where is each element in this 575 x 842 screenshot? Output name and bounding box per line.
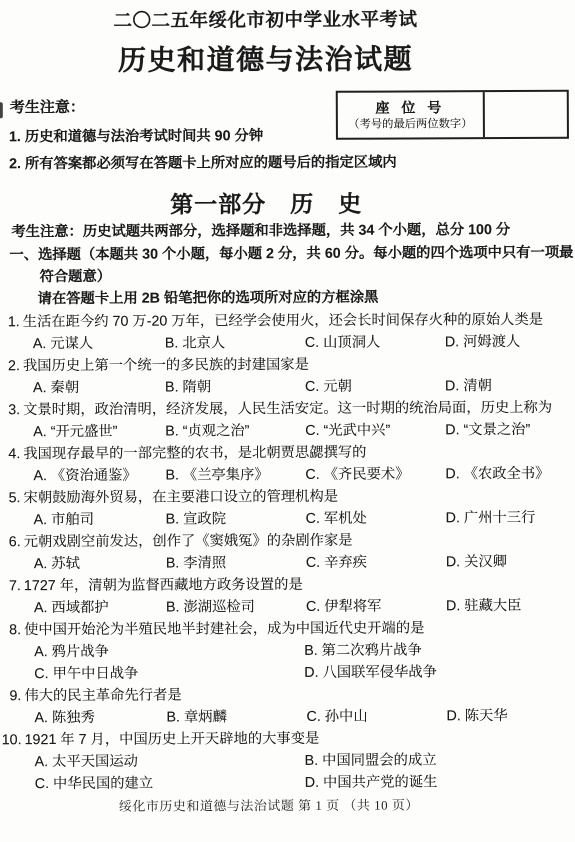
option: C. 甲午中日战争 [34,662,304,685]
option: D. 清朝 [445,375,572,398]
seat-number-box: 座 位 号 （考号的最后两位数字） [336,90,569,140]
question-number: 8. [1,619,21,641]
option: C. 山顶洞人 [305,331,445,354]
option: B. 北京人 [165,332,305,355]
option-row: C. 中华民国的建立D. 中国共产党的诞生 [2,771,574,795]
option: C. 伊犁将军 [306,595,446,618]
section-one-title: 第一部分 历 史 [0,188,533,221]
question-stem: 6.元朝戏剧空前发达，创作了《窦娥冤》的杂剧作家是 [1,529,573,553]
question-number: 9. [1,685,21,707]
question-text: 宋朝鼓励海外贸易，在主要港口设立的管理机构是 [23,489,338,506]
option: B. 第二次鸦片战争 [304,639,573,662]
option: B. 宣政院 [166,508,306,531]
option: D. 关汉卿 [446,551,573,574]
question-10: 10.1921 年 7 月，中国历史上开天辟地的大事变是A. 太平天国运动B. … [2,727,574,795]
question-stem: 4.我国现存最早的一部完整的农书，是北朝贾思勰撰写的 [0,441,572,465]
option: A. 鸦片战争 [34,640,304,663]
option: D. 广州十三行 [446,507,573,530]
option-row: A. 西域都护B. 澎湖巡检司C. 伊犁将军D. 驻藏大臣 [1,595,573,619]
question-2: 2.我国历史上第一个统一的多民族的封建国家是A. 秦朝B. 隋朝C. 元朝D. … [0,353,572,399]
question-text: 使中国开始沦为半殖民地半封建社会，成为中国近代史开端的是 [24,620,424,638]
question-text: 我国历史上第一个统一的多民族的封建国家是 [23,357,309,374]
candidate-notice-line-2: 2. 所有答案都必须写在答题卡上所对应的题号后的指定区域内 [9,152,397,176]
question-stem: 5.宋朝鼓励海外贸易，在主要港口设立的管理机构是 [0,485,572,509]
option: D. 河姆渡人 [445,331,572,354]
question-number: 3. [0,399,20,421]
option: B. 章炳麟 [166,706,306,729]
option: C. “光武中兴” [305,419,445,442]
option: C. 孙中山 [306,705,446,728]
question-3: 3.文景时期，政治清明，经济发展，人民生活安定。这一时期的统治局面，历史上称为A… [0,397,572,443]
question-text: 伟大的民主革命先行者是 [24,687,181,704]
option: C. 辛弃疾 [306,551,446,574]
scan-artifact-mark [0,102,3,118]
question-number: 10. [2,729,22,751]
question-text: 元朝戏剧空前发达，创作了《窦娥冤》的杂剧作家是 [24,533,353,550]
question-7: 7.1727 年，清朝为监督西藏地方政务设置的是A. 西域都护B. 澎湖巡检司C… [1,573,573,619]
option: C. 军机处 [306,507,446,530]
question-5: 5.宋朝鼓励海外贸易，在主要港口设立的管理机构是A. 市舶司B. 宣政院C. 军… [0,485,572,531]
option-row: A. 太平天国运动B. 中国同盟会的成立 [2,749,574,773]
option: B. 《兰亭集序》 [165,464,305,487]
option-row: A. 元谋人B. 北京人C. 山顶洞人D. 河姆渡人 [0,331,572,355]
question-number: 2. [0,355,20,377]
seat-number-hint: （考号的最后两位数字） [348,117,472,132]
option-row: A. 陈独秀B. 章炳麟C. 孙中山D. 陈天华 [1,705,573,729]
option: A. 西域都护 [34,597,166,620]
question-text: 生活在距今约 70 万-20 万年，已经学会使用火，还会长时间保存火种的原始人类… [23,312,543,330]
option: A. 市舶司 [34,509,166,532]
option-row: A. 苏轼B. 李清照C. 辛弃疾D. 关汉卿 [1,551,573,575]
option: D. “文景之治” [445,419,572,442]
option: B. 李清照 [166,552,306,575]
paper-title: 历史和道德与法治试题 [0,41,533,81]
question-stem: 3.文景时期，政治清明，经济发展，人民生活安定。这一时期的统治局面，历史上称为 [0,397,572,421]
scan-content: 二〇二五年绥化市初中学业水平考试 历史和道德与法治试题 考生注意： 1. 历史和… [0,0,575,842]
option: A. 苏轼 [34,553,166,576]
question-stem: 7.1727 年，清朝为监督西藏地方政务设置的是 [1,573,573,597]
option-row: A. “开元盛世”B. “贞观之治”C. “光武中兴”D. “文景之治” [0,419,572,443]
question-number: 5. [0,487,20,509]
option: C. 元朝 [305,375,445,398]
candidate-notice-heading: 考生注意： [10,97,85,119]
question-list: 1.生活在距今约 70 万-20 万年，已经学会使用火，还会长时间保存火种的原始… [0,309,574,795]
option-row: C. 甲午中日战争D. 八国联军侵华战争 [1,661,573,685]
question-stem: 10.1921 年 7 月，中国历史上开天辟地的大事变是 [2,727,574,751]
question-4: 4.我国现存最早的一部完整的农书，是北朝贾思勰撰写的A. 《资治通鉴》B. 《兰… [0,441,572,487]
option: D. 驻藏大臣 [446,595,573,618]
question-text: 文景时期，政治清明，经济发展，人民生活安定。这一时期的统治局面，历史上称为 [23,400,552,418]
option: A. 陈独秀 [34,707,166,730]
question-text: 1921 年 7 月，中国历史上开天辟地的大事变是 [25,731,320,748]
option: C. 《齐民要术》 [305,463,445,486]
question-9: 9.伟大的民主革命先行者是A. 陈独秀B. 章炳麟C. 孙中山D. 陈天华 [1,683,573,729]
option: B. 中国同盟会的成立 [305,749,574,772]
option: B. 隋朝 [165,376,305,399]
candidate-notice-line-1: 1. 历史和道德与法治考试时间共 90 分钟 [9,125,263,148]
option-row: A. 《资治通鉴》B. 《兰亭集序》C. 《齐民要术》D. 《农政全书》 [0,463,572,487]
question-text: 1727 年，清朝为监督西藏地方政务设置的是 [24,577,303,594]
option-row: A. 市舶司B. 宣政院C. 军机处D. 广州十三行 [1,507,573,531]
section-one-notice: 考生注意：历史试题共两部分，选择题和非选择题，共 34 个小题，总分 100 分 [11,219,510,243]
choice-section-header-cont: 符合题意） [40,266,112,288]
question-stem: 9.伟大的民主革命先行者是 [1,683,573,707]
question-stem: 8.使中国开始沦为半殖民地半封建社会，成为中国近代史开端的是 [1,617,573,641]
option-row: A. 秦朝B. 隋朝C. 元朝D. 清朝 [0,375,572,399]
option: C. 中华民国的建立 [35,772,305,795]
question-number: 6. [1,531,21,553]
option: B. 澎湖巡检司 [166,596,306,619]
question-text: 我国现存最早的一部完整的农书，是北朝贾思勰撰写的 [23,445,366,462]
question-1: 1.生活在距今约 70 万-20 万年，已经学会使用火，还会长时间保存火种的原始… [0,309,572,355]
option: A. 《资治通鉴》 [33,465,165,488]
question-number: 1. [0,311,20,333]
option-row: A. 鸦片战争B. 第二次鸦片战争 [1,639,573,663]
question-number: 4. [0,443,20,465]
option: B. “贞观之治” [165,420,305,443]
option: A. 秦朝 [33,377,165,400]
question-8: 8.使中国开始沦为半殖民地半封建社会，成为中国近代史开端的是A. 鸦片战争B. … [1,617,573,685]
seat-number-write-cell [485,92,567,137]
exam-page: 二〇二五年绥化市初中学业水平考试 历史和道德与法治试题 考生注意： 1. 历史和… [0,0,575,842]
seat-number-label: 座 位 号 [375,99,445,115]
question-stem: 1.生活在距今约 70 万-20 万年，已经学会使用火，还会长时间保存火种的原始… [0,309,572,333]
option: D. 八国联军侵华战争 [304,661,573,684]
option: A. 太平天国运动 [35,750,305,773]
choice-section-header: 一、选择题（本题共 30 个小题，每小题 2 分，共 60 分。每小题的四个选项… [9,242,573,266]
option: A. “开元盛世” [33,421,165,444]
page-footer: 绥化市历史和道德与法治试题 第 1 页 （共 10 页） [2,796,536,815]
option: D. 中国共产党的诞生 [305,771,574,794]
question-stem: 2.我国历史上第一个统一的多民族的封建国家是 [0,353,572,377]
question-6: 6.元朝戏剧空前发达，创作了《窦娥冤》的杂剧作家是A. 苏轼B. 李清照C. 辛… [1,529,573,575]
fill-instruction: 请在答题卡上用 2B 铅笔把你的选项所对应的方框涂黑 [38,287,379,310]
question-number: 7. [1,575,21,597]
seat-number-label-cell: 座 位 号 （考号的最后两位数字） [338,92,485,138]
option: A. 元谋人 [33,333,165,356]
option: D. 《农政全书》 [445,463,572,486]
exam-session-title: 二〇二五年绥化市初中学业水平考试 [0,6,532,33]
option: D. 陈天华 [446,705,573,728]
